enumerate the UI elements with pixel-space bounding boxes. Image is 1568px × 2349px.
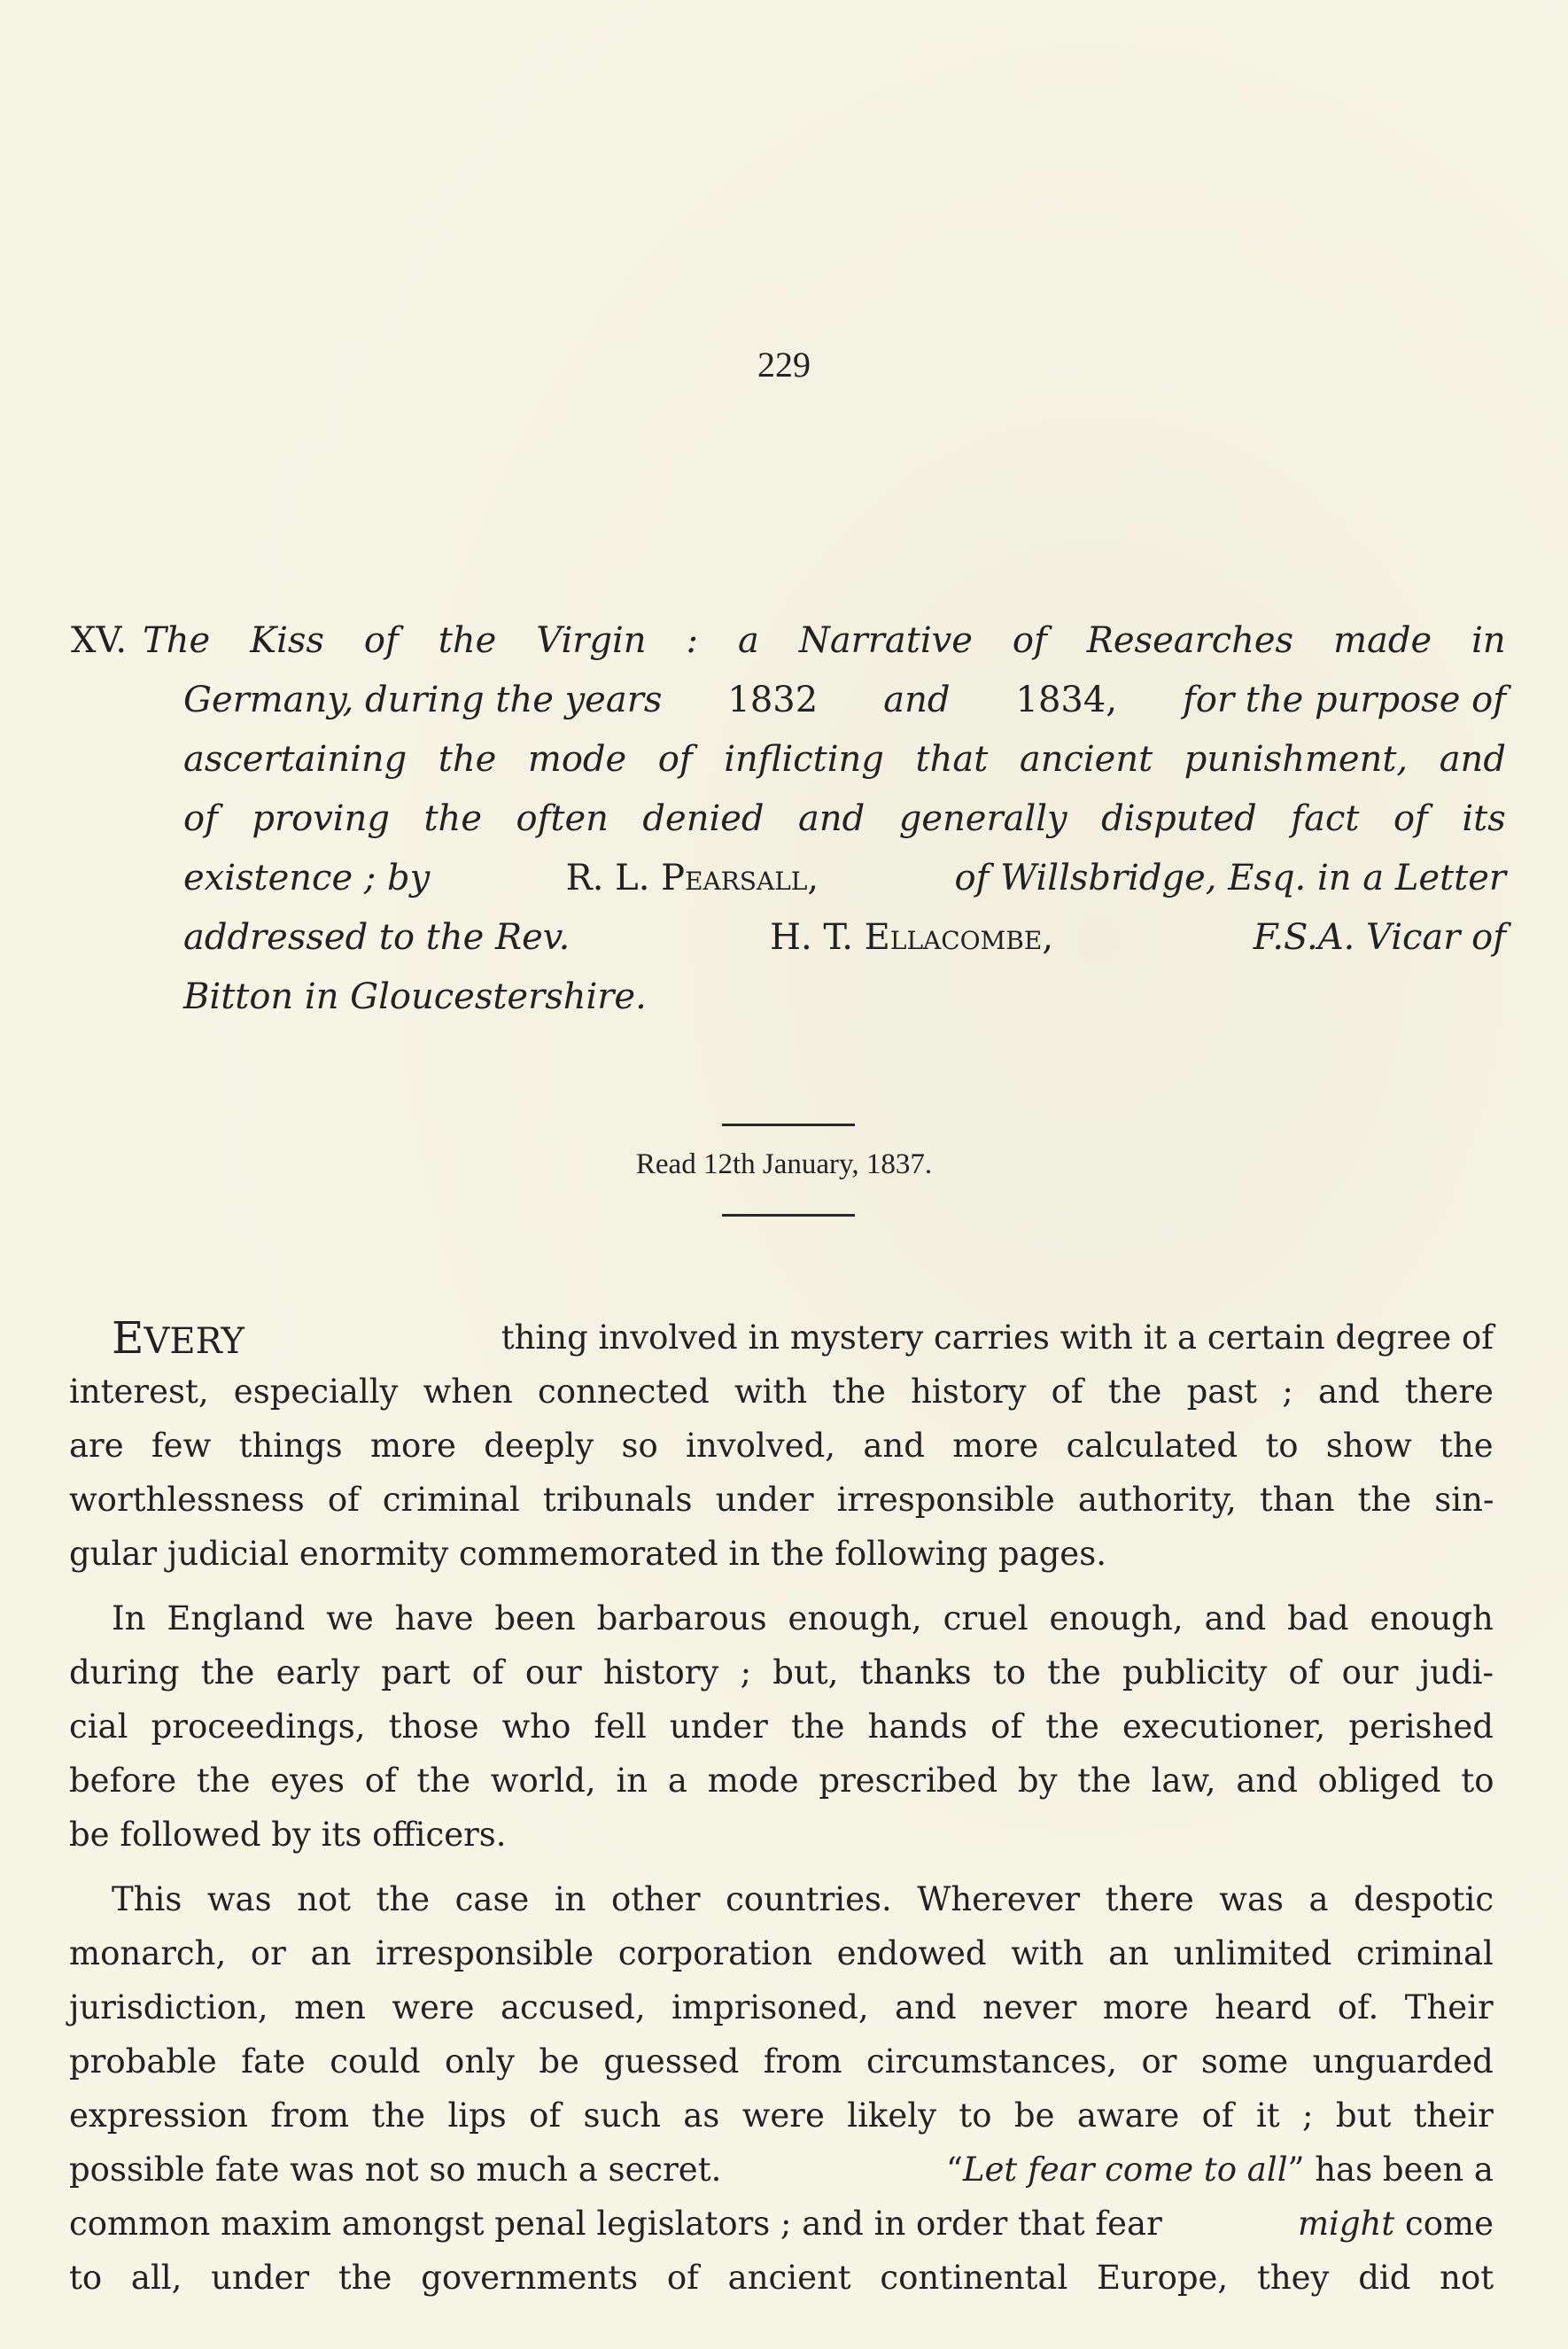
body-line-text: come	[1405, 2205, 1494, 2243]
title-text: F.S.A. Vicar of	[1254, 908, 1506, 968]
body-line-text: probable fate could only be guessed from…	[69, 2034, 1494, 2088]
body-line-text: common maxim amongst penal legislators ;…	[69, 2197, 1162, 2251]
body-text: EVERY thing involved in mystery carries …	[69, 1303, 1494, 2305]
body-line-text: interest, especially when connected with…	[69, 1365, 1494, 1419]
body-line-text: during the early part of our history ; b…	[69, 1645, 1494, 1700]
title-text: of Willsbridge, Esq. in a Letter	[954, 849, 1506, 908]
open-quote: “	[946, 2151, 963, 2189]
article-numeral: XV.	[71, 611, 127, 671]
body-line: EVERY thing involved in mystery carries …	[69, 1303, 1494, 1365]
title-text: of proving the often denied and generall…	[183, 789, 1506, 849]
body-line-text: gular judicial enormity commemorated in …	[69, 1527, 1106, 1581]
body-line: to all, under the governments of ancient…	[69, 2251, 1494, 2305]
title-text: ascertaining the mode of inflicting that…	[183, 730, 1506, 789]
body-line-text: worthlessness of criminal tribunals unde…	[69, 1473, 1494, 1527]
title-year: 1834,	[1016, 671, 1118, 730]
maxim-text: Let fear come to all	[963, 2151, 1288, 2189]
title-line-4: of proving the often denied and generall…	[71, 789, 1506, 849]
drop-cap: E	[112, 1312, 144, 1364]
body-line-text: This was not the case in other countries…	[112, 1872, 1494, 1926]
body-line-text: expression from the lips of such as were…	[69, 2088, 1494, 2143]
opening-words: EVERY	[112, 1303, 245, 1365]
title-line-2: Germany, during the years 1832 and 1834,…	[71, 671, 1506, 730]
body-line: In England we have been barbarous enough…	[69, 1591, 1494, 1645]
body-line-text: monarch, or an irresponsible corporation…	[69, 1926, 1494, 1980]
author-name: R. L. Pearsall,	[566, 849, 819, 908]
quoted-maxim: “Let fear come to all” has been a	[946, 2143, 1494, 2197]
body-line: worthlessness of criminal tribunals unde…	[69, 1473, 1494, 1527]
body-line: expression from the lips of such as were…	[69, 2088, 1494, 2143]
title-text: Germany, during the years	[183, 671, 662, 730]
divider-rule-bottom	[722, 1214, 855, 1217]
body-line: jurisdiction, men were accused, imprison…	[69, 1980, 1494, 2034]
title-text-1: The Kiss of the Virgin : a Narrative of …	[143, 611, 1506, 671]
body-line-text: possible fate was not so much a secret.	[69, 2143, 721, 2197]
body-line: are few things more deeply so involved, …	[69, 1419, 1494, 1473]
title-line-3: ascertaining the mode of inflicting that…	[71, 730, 1506, 789]
body-line-text: ” has been a	[1288, 2151, 1494, 2189]
body-line-text: be followed by its officers.	[69, 1808, 507, 1862]
body-line-text: are few things more deeply so involved, …	[69, 1419, 1494, 1473]
body-line: monarch, or an irresponsible corporation…	[69, 1926, 1494, 1980]
page-number: 229	[0, 344, 1568, 385]
divider-rule-top	[722, 1124, 855, 1126]
emphasis-segment: might come	[1298, 2197, 1494, 2251]
body-line: during the early part of our history ; b…	[69, 1645, 1494, 1700]
body-line: gular judicial enormity commemorated in …	[69, 1527, 1494, 1581]
read-date: Read 12th January, 1837.	[0, 1148, 1568, 1181]
body-line-text: before the eyes of the world, in a mode …	[69, 1754, 1494, 1808]
body-line-text: to all, under the governments of ancient…	[69, 2251, 1494, 2305]
title-text: Bitton in Gloucestershire.	[183, 968, 647, 1027]
body-line: common maxim amongst penal legislators ;…	[69, 2197, 1494, 2251]
body-line: cial proceedings, those who fell under t…	[69, 1700, 1494, 1754]
title-year: 1832	[727, 671, 818, 730]
title-line-1: XV. The Kiss of the Virgin : a Narrative…	[71, 611, 1506, 671]
title-line-5: existence ; by R. L. Pearsall, of Willsb…	[71, 849, 1506, 908]
body-line-text: cial proceedings, those who fell under t…	[69, 1700, 1494, 1754]
title-text: addressed to the Rev.	[183, 908, 570, 968]
body-line-text: thing involved in mystery carries with i…	[245, 1303, 1494, 1365]
emphasis-word: might	[1298, 2205, 1394, 2243]
title-line-6: addressed to the Rev. H. T. Ellacombe, F…	[71, 908, 1506, 968]
body-line: probable fate could only be guessed from…	[69, 2034, 1494, 2088]
body-line: possible fate was not so much a secret. …	[69, 2143, 1494, 2197]
recipient-name: H. T. Ellacombe,	[770, 908, 1053, 968]
title-text: The Kiss of the Virgin : a Narrative of …	[143, 611, 1506, 671]
body-line-text: jurisdiction, men were accused, imprison…	[69, 1980, 1494, 2034]
title-text: existence ; by	[183, 849, 430, 908]
body-line: before the eyes of the world, in a mode …	[69, 1754, 1494, 1808]
body-line: be followed by its officers.	[69, 1808, 1494, 1862]
article-title: XV. The Kiss of the Virgin : a Narrative…	[71, 611, 1506, 1027]
body-line-text: In England we have been barbarous enough…	[112, 1591, 1494, 1645]
title-text: for the purpose of	[1183, 671, 1506, 730]
opening-caps: VERY	[144, 1321, 245, 1362]
body-line: interest, especially when connected with…	[69, 1365, 1494, 1419]
body-line: This was not the case in other countries…	[69, 1872, 1494, 1926]
title-text: and	[883, 671, 950, 730]
title-line-7: Bitton in Gloucestershire.	[71, 968, 1506, 1027]
